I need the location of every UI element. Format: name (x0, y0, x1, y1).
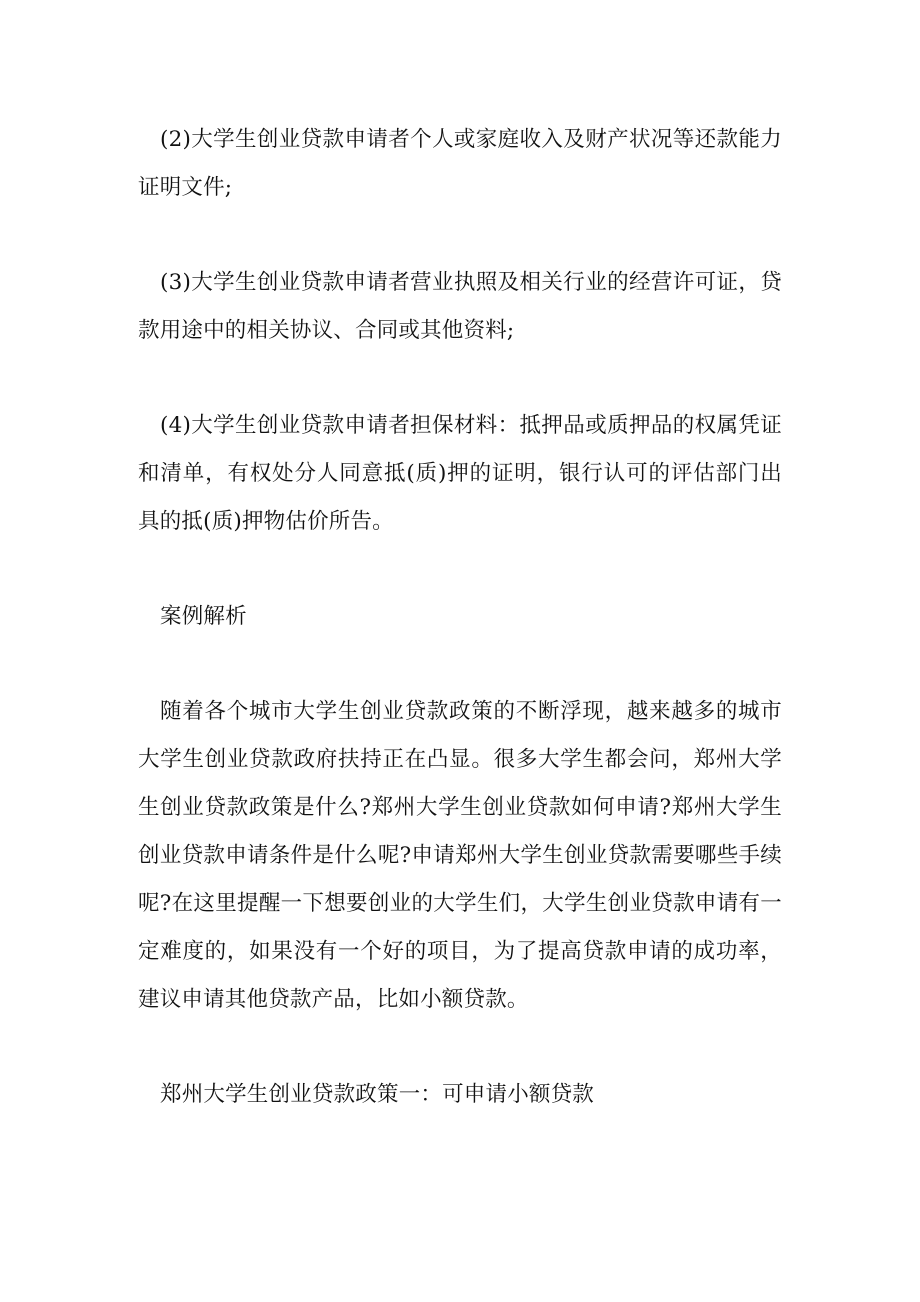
paragraph-spacer (138, 641, 782, 688)
paragraph-spacer (138, 212, 782, 259)
paragraph-spacer (138, 355, 782, 402)
list-item-3: (3)大学生创业贷款申请者营业执照及相关行业的经营许可证，贷款用途中的相关协议、… (138, 259, 782, 355)
paragraph-spacer (138, 1024, 782, 1071)
policy-one-heading: 郑州大学生创业贷款政策一：可申请小额贷款 (138, 1071, 782, 1119)
paragraph-spacer (138, 546, 782, 593)
list-item-2: (2)大学生创业贷款申请者个人或家庭收入及财产状况等还款能力证明文件; (138, 116, 782, 212)
document-page: (2)大学生创业贷款申请者个人或家庭收入及财产状况等还款能力证明文件; (3)大… (138, 116, 782, 1119)
case-analysis-body: 随着各个城市大学生创业贷款政策的不断浮现，越来越多的城市大学生创业贷款政府扶持正… (138, 688, 782, 1024)
section-heading-case-analysis: 案例解析 (138, 593, 782, 641)
list-item-4: (4)大学生创业贷款申请者担保材料：抵押品或质押品的权属凭证和清单，有权处分人同… (138, 402, 782, 546)
